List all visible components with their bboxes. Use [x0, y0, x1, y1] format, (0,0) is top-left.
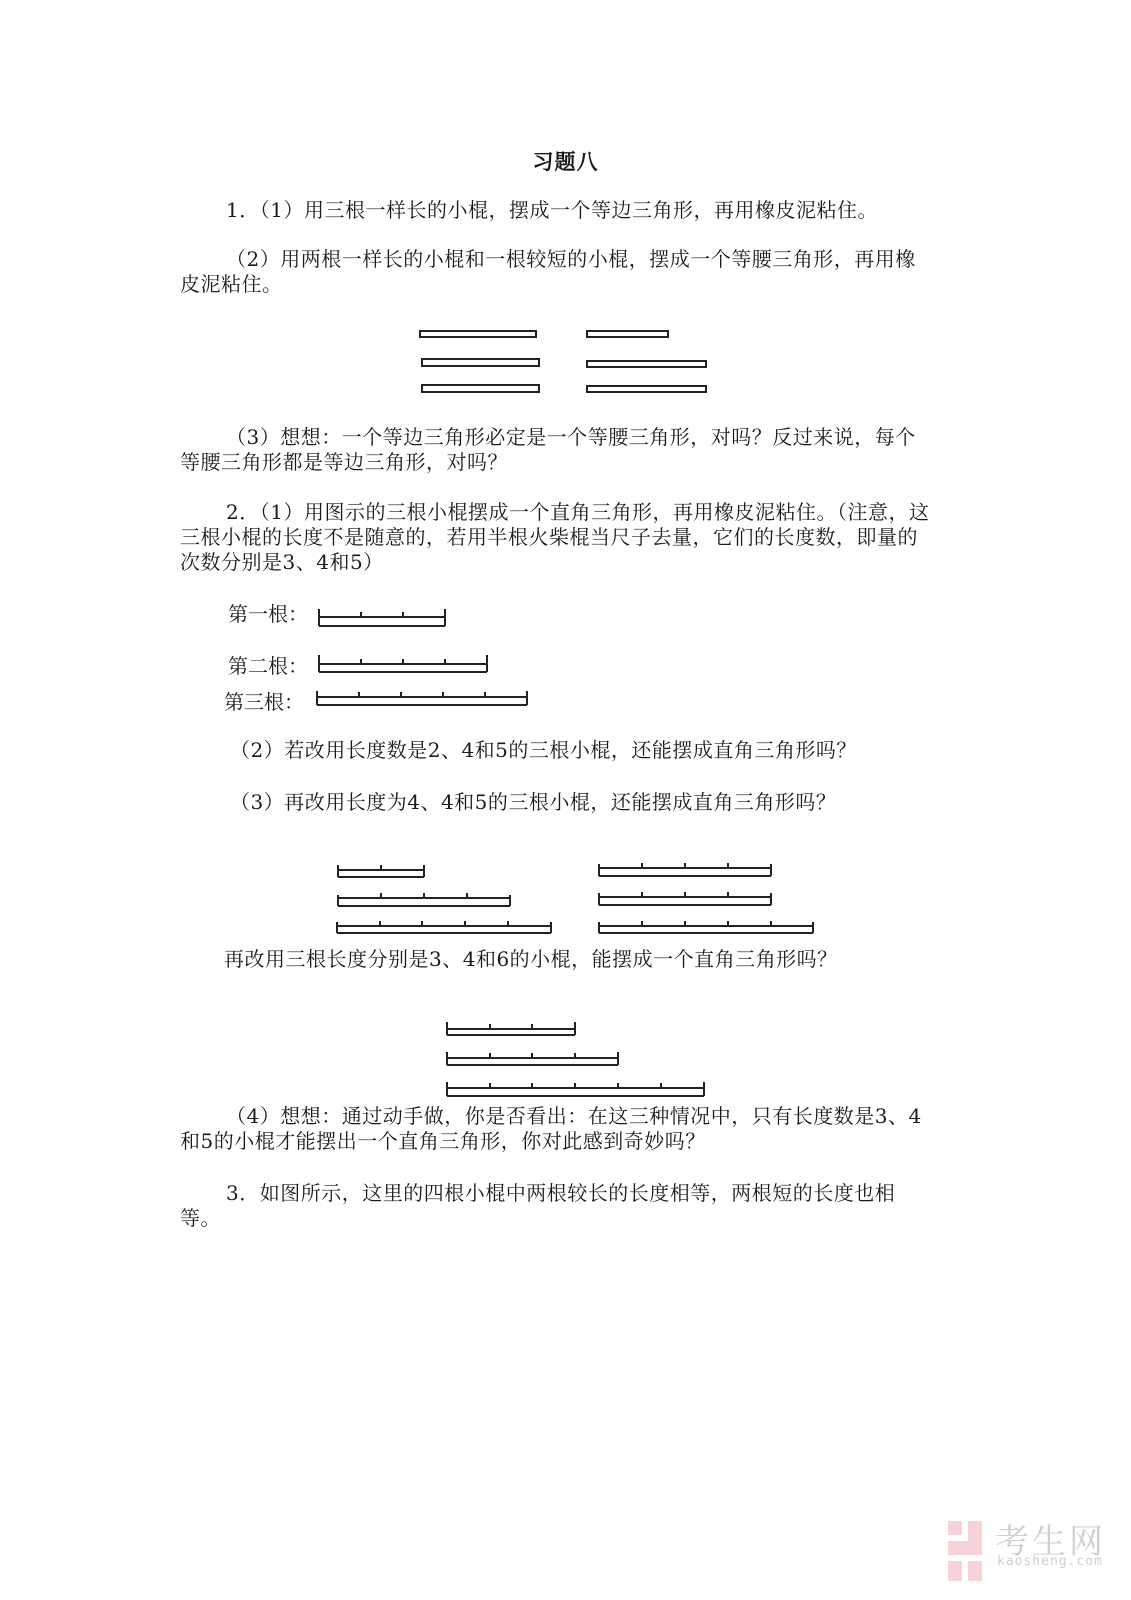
watermark-logo-icon — [0, 0, 1131, 1600]
watermark-url: kaosheng.com — [997, 1554, 1103, 1569]
